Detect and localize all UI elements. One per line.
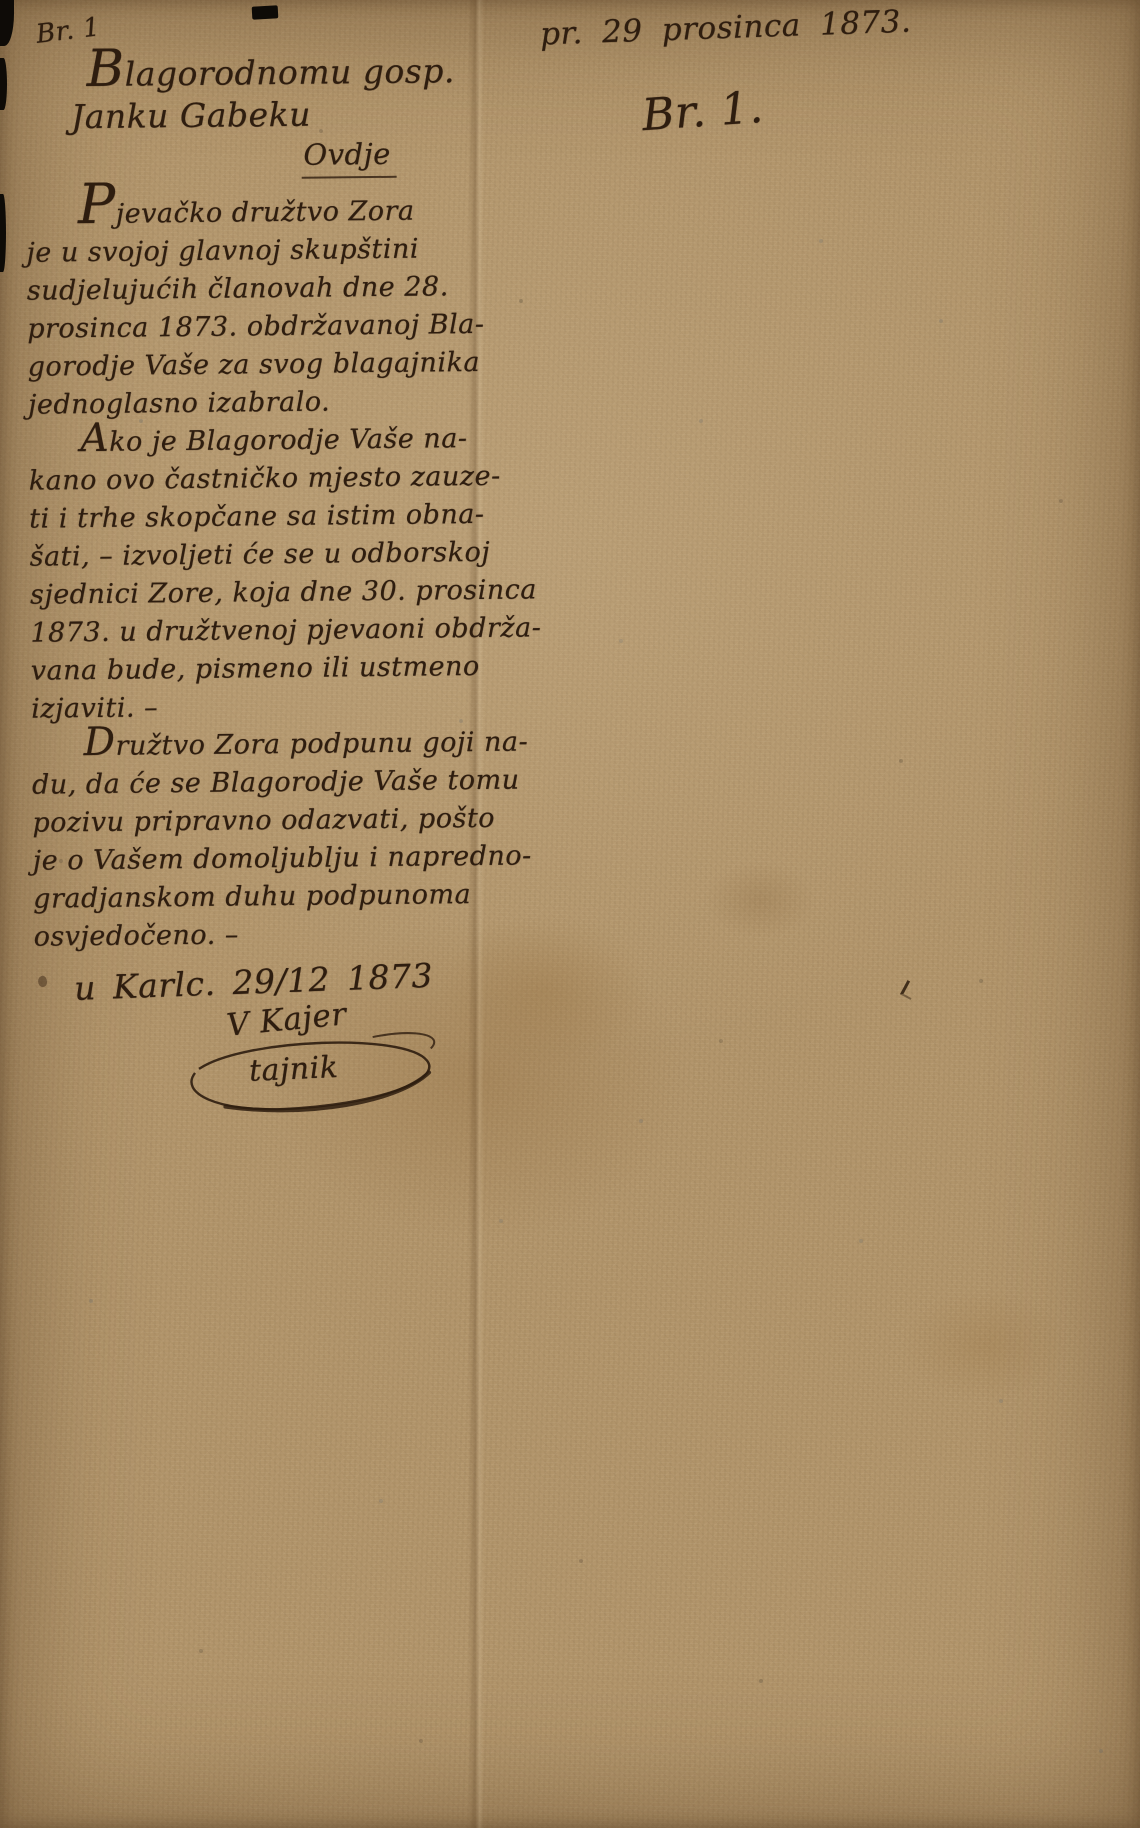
scan-artifact (0, 0, 14, 46)
address-honorific: Blagorodnomu gosp. (86, 47, 529, 96)
body-line: du, da će se Blagorodje Vaše tomu (32, 761, 537, 804)
body-line: je u svojoj glavnoj skupštini (26, 229, 531, 272)
address-place: Ovdje (301, 133, 530, 178)
address-place-underlined: Ovdje (301, 135, 397, 179)
body-line: osvjedočeno. – (33, 913, 538, 956)
body-line: gorodje Vaše za svog blagajnika (27, 343, 532, 386)
body-line: sudjelujućih članovah dne 28. (27, 267, 532, 310)
body-line: prosinca 1873. obdržavanoj Bla- (27, 305, 532, 348)
letter-body: Pjevačko družtvo Zora je u svojoj glavno… (26, 184, 539, 956)
body-line: je o Vašem domoljublju i napredno- (33, 837, 538, 880)
scan-artifact (0, 58, 7, 110)
body-line: Pjevačko družtvo Zora (26, 184, 531, 234)
body-line: vana bude, pismeno ili ustmeno (31, 647, 536, 690)
stray-pen-mark (900, 980, 918, 1000)
body-line: šati, – izvoljeti će se u odborskoj (29, 533, 534, 576)
scan-artifact (0, 194, 6, 272)
signature-block: V Kajer tajnik (34, 1001, 540, 1136)
signature-title: tajnik (248, 1050, 339, 1089)
body-line: ti i trhe skopčane sa istim obna- (29, 495, 534, 538)
document-number: Br. 1. (640, 82, 765, 141)
received-date-note: pr. 29 prosinca 1873. (539, 4, 911, 53)
body-line: sjednici Zore, koja dne 30. prosinca (30, 571, 535, 614)
body-line: kano ovo častničko mjesto zauze- (29, 457, 534, 500)
body-line: Družtvo Zora podpunu goji na- (31, 723, 536, 766)
scan-artifact (252, 5, 279, 19)
body-line: pozivu pripravno odazvati, pošto (32, 799, 537, 842)
body-line: Ako je Blagorodje Vaše na- (28, 419, 533, 462)
scanned-letter-page: Br. 1 pr. 29 prosinca 1873. Br. 1. Blago… (0, 0, 1140, 1828)
letter-text-block: Blagorodnomu gosp. Janku Gabeku Ovdje Pj… (24, 47, 540, 1136)
body-line: 1873. u družtvenoj pjevaoni obdrža- (30, 609, 535, 652)
body-line: gradjanskom duhu podpunoma (33, 875, 538, 918)
address-recipient-name: Janku Gabeku (71, 91, 530, 138)
